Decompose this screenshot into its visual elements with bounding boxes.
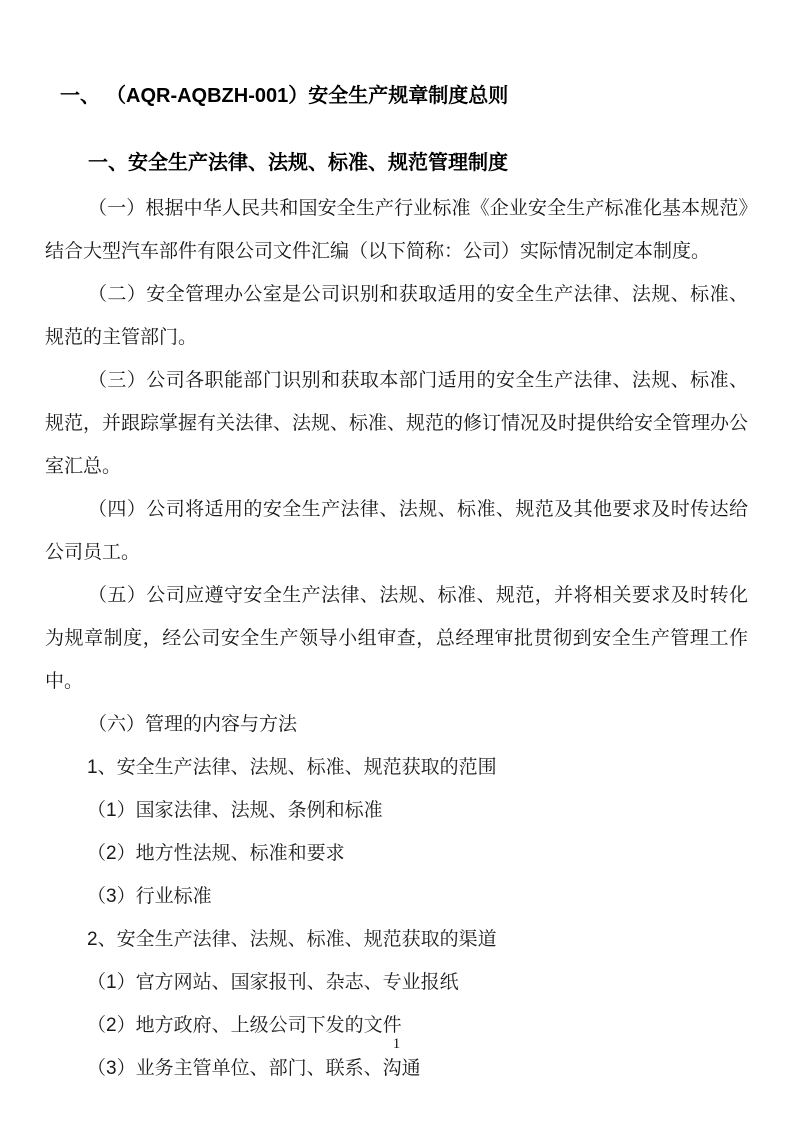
document-page: 一、（AQR-AQBZH-001）安全生产规章制度总则 一、安全生产法律、法规、…: [0, 0, 793, 1122]
document-title-text: （AQR-AQBZH-001）安全生产规章制度总则: [116, 85, 508, 107]
paragraph: （六）管理的内容与方法: [45, 703, 748, 746]
document-blocks: 一、安全生产法律、法规、标准、规范管理制度（一）根据中华人民共和国安全生产行业标…: [45, 142, 748, 1090]
paragraph: （三）公司各职能部门识别和获取本部门适用的安全生产法律、法规、标准、规范，并跟踪…: [45, 359, 748, 488]
paragraph: （五）公司应遵守安全生产法律、法规、标准、规范，并将相关要求及时转化为规章制度，…: [45, 574, 748, 703]
list-item: 1、安全生产法律、法规、标准、规范获取的范围: [45, 746, 748, 789]
list-item: 2、安全生产法律、法规、标准、规范获取的渠道: [45, 918, 748, 961]
document-title-marker: 一、: [60, 85, 100, 107]
list-item: （1）国家法律、法规、条例和标准: [45, 789, 748, 832]
list-item: （2）地方性法规、标准和要求: [45, 832, 748, 875]
list-item: （1）官方网站、国家报刊、杂志、专业报纸: [45, 961, 748, 1004]
section-heading: 一、安全生产法律、法规、标准、规范管理制度: [45, 142, 748, 185]
page-number: 1: [0, 1036, 793, 1053]
document-title: 一、（AQR-AQBZH-001）安全生产规章制度总则: [45, 82, 748, 110]
paragraph: （二）安全管理办公室是公司识别和获取适用的安全生产法律、法规、标准、规范的主管部…: [45, 273, 748, 359]
paragraph: （一）根据中华人民共和国安全生产行业标准《企业安全生产标准化基本规范》结合大型汽…: [45, 187, 748, 273]
list-item: （3）业务主管单位、部门、联系、沟通: [45, 1047, 748, 1090]
list-item: （3）行业标准: [45, 875, 748, 918]
paragraph: （四）公司将适用的安全生产法律、法规、标准、规范及其他要求及时传达给公司员工。: [45, 488, 748, 574]
